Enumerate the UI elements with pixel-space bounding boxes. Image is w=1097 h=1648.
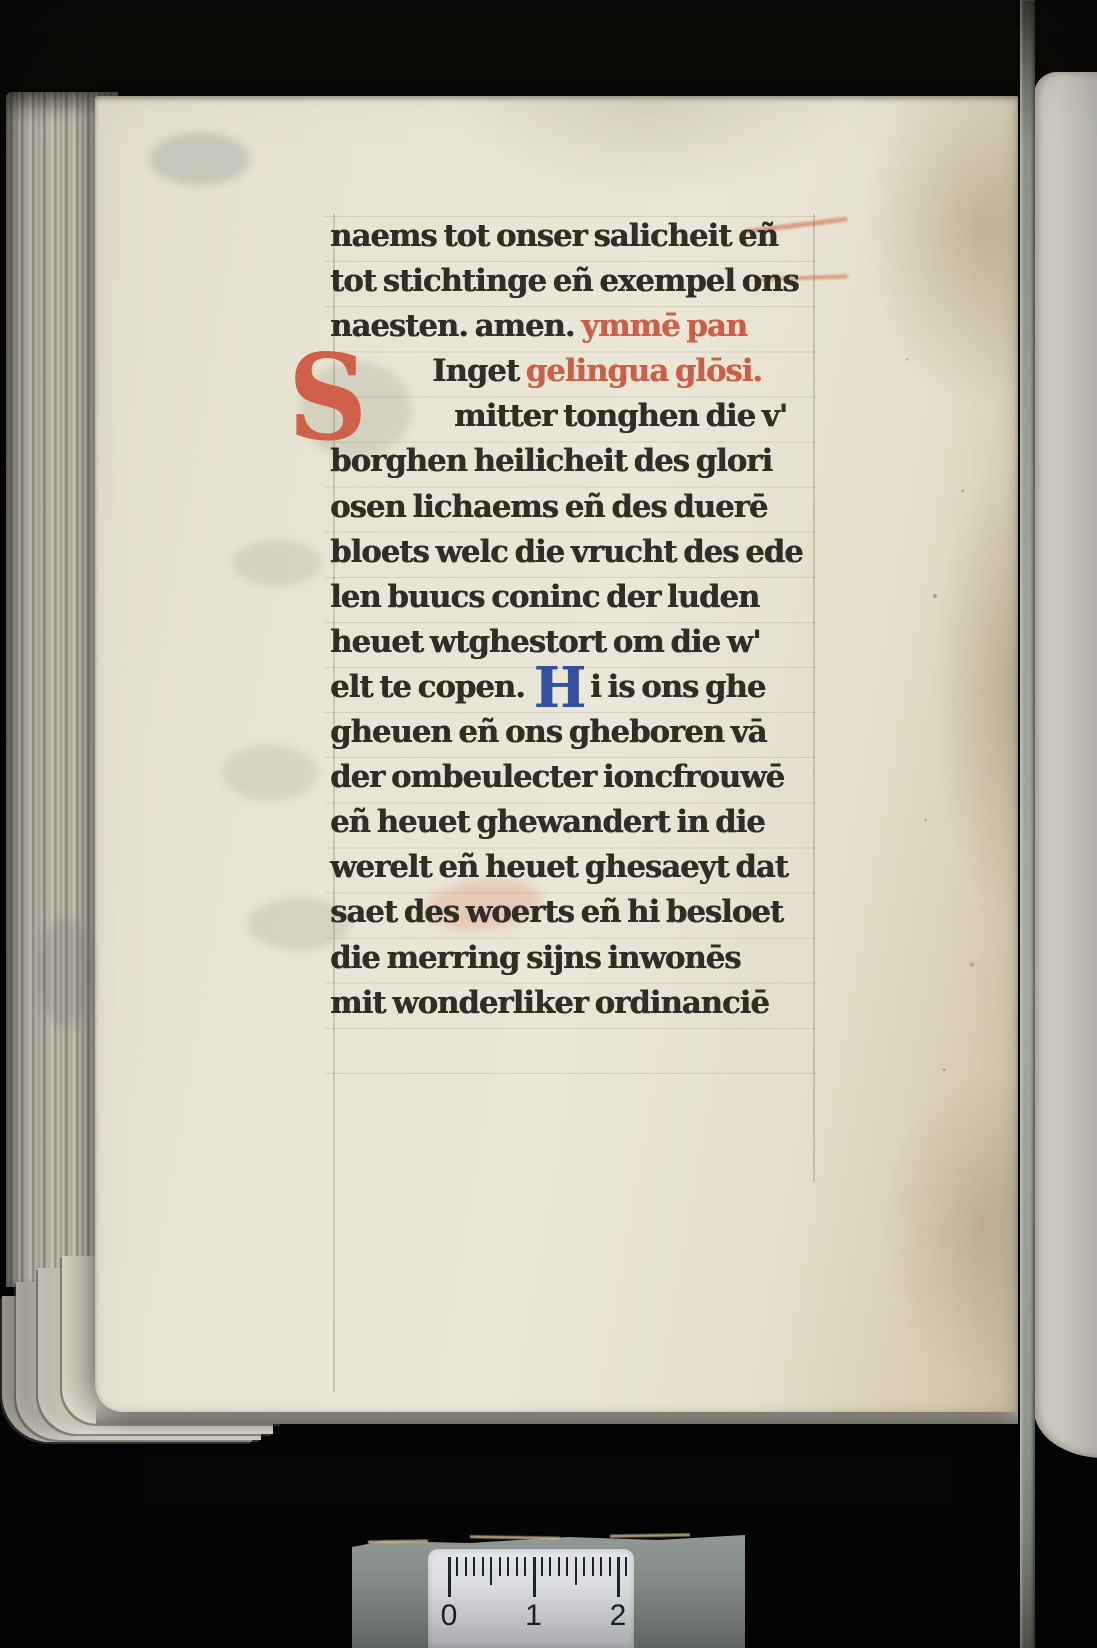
ruler-tick: [592, 1557, 594, 1576]
manuscript-line-2: tot stichtinge eñ exempel ons: [330, 263, 825, 308]
manuscript-line-6: borghen heilicheit des glori: [330, 443, 825, 488]
manuscript-photo: S naems tot onser salicheit eñtot sticht…: [0, 0, 1097, 1648]
ruler-tick: [566, 1557, 568, 1576]
manuscript-line-5: mitter tonghen die v': [454, 398, 826, 443]
ruler-tick: [583, 1557, 585, 1576]
body-text: bloets welc die vrucht des ede: [330, 534, 803, 570]
manuscript-line-13: der ombeulecter ioncfrouwē: [330, 759, 825, 804]
body-text: tot stichtinge eñ exempel ons: [330, 263, 799, 299]
body-text: naesten. amen.: [330, 308, 581, 344]
body-text: mitter tonghen die v': [454, 398, 787, 434]
ruler-ticks: 012: [428, 1549, 634, 1648]
manuscript-line-17: die merring sijns inwonēs: [330, 940, 825, 985]
manuscript-line-9: len buucs coninc der luden: [330, 579, 825, 624]
manuscript-line-14: eñ heuet ghewandert in die: [330, 804, 825, 849]
ruler-tick: [516, 1557, 518, 1576]
body-text: gheuen eñ ons gheboren vā: [330, 714, 766, 750]
ruler-tick: [482, 1557, 484, 1576]
card-torn-edge: [610, 1533, 690, 1537]
ruler-tick: [507, 1557, 509, 1576]
ruler-tick: [625, 1557, 627, 1576]
ruler-tick: [448, 1557, 451, 1597]
ruler-tick: [533, 1557, 536, 1597]
ruler-tick: [541, 1557, 543, 1576]
manuscript-line-3: naesten. amen. ymmē pan: [330, 308, 825, 353]
ruler-tick: [600, 1557, 602, 1576]
ruler-tick: [473, 1557, 475, 1576]
ruler-number: 1: [525, 1599, 542, 1633]
body-text: saet des woerts eñ hi besloet: [330, 894, 783, 930]
body-text: mit wonderliker ordinanciē: [330, 985, 769, 1021]
manuscript-line-4: Inget gelingua glōsi.: [432, 353, 826, 398]
glass-plate-edge: [1020, 0, 1035, 1648]
manuscript-line-11: elt te copen.Hi is ons ghe: [330, 669, 825, 714]
body-text: elt te copen.: [330, 669, 525, 705]
manuscript-line-18: mit wonderliker ordinanciē: [330, 985, 825, 1030]
body-text: borghen heilicheit des glori: [330, 443, 772, 479]
manuscript-line-15: werelt eñ heuet ghesaeyt dat: [330, 849, 825, 894]
body-text: osen lichaems eñ des duerē: [330, 489, 767, 525]
ruler-tick: [575, 1557, 577, 1585]
rubric-text: gelingua glōsi.: [526, 353, 762, 389]
ruler-tick: [456, 1557, 458, 1576]
body-text: naems tot onser salicheit eñ: [330, 218, 778, 254]
body-text: Inget: [432, 353, 526, 389]
facing-page-edge: [1034, 72, 1097, 1458]
manuscript-line-16: saet des woerts eñ hi besloet: [330, 894, 825, 939]
ruler-tick: [609, 1557, 611, 1576]
text-block: naems tot onser salicheit eñtot stichtin…: [330, 218, 830, 1030]
rubric-text: ymmē pan: [581, 308, 747, 344]
ruler-tick: [617, 1557, 620, 1597]
body-text: len buucs coninc der luden: [330, 579, 759, 615]
body-text: die merring sijns inwonēs: [330, 940, 740, 976]
body-text: der ombeulecter ioncfrouwē: [330, 759, 784, 795]
manuscript-line-12: gheuen eñ ons gheboren vā: [330, 714, 825, 759]
blue-initial-h: H: [534, 655, 585, 721]
cm-ruler: 012: [428, 1549, 634, 1648]
ruler-tick: [549, 1557, 551, 1576]
body-text: eñ heuet ghewandert in die: [330, 804, 765, 840]
ruler-tick: [558, 1557, 560, 1576]
ruler-number: 0: [441, 1599, 458, 1633]
ruler-tick: [499, 1557, 501, 1576]
body-text: werelt eñ heuet ghesaeyt dat: [330, 849, 788, 885]
manuscript-line-8: bloets welc die vrucht des ede: [330, 534, 825, 579]
manuscript-line-7: osen lichaems eñ des duerē: [330, 489, 825, 534]
ruler-tick: [465, 1557, 467, 1576]
ruler-tick: [524, 1557, 526, 1576]
manuscript-line-1: naems tot onser salicheit eñ: [330, 218, 825, 263]
card-torn-edge: [470, 1535, 560, 1540]
ruler-number: 2: [610, 1599, 627, 1633]
body-text: i is ons ghe: [590, 669, 765, 705]
ruler-tick: [490, 1557, 492, 1585]
